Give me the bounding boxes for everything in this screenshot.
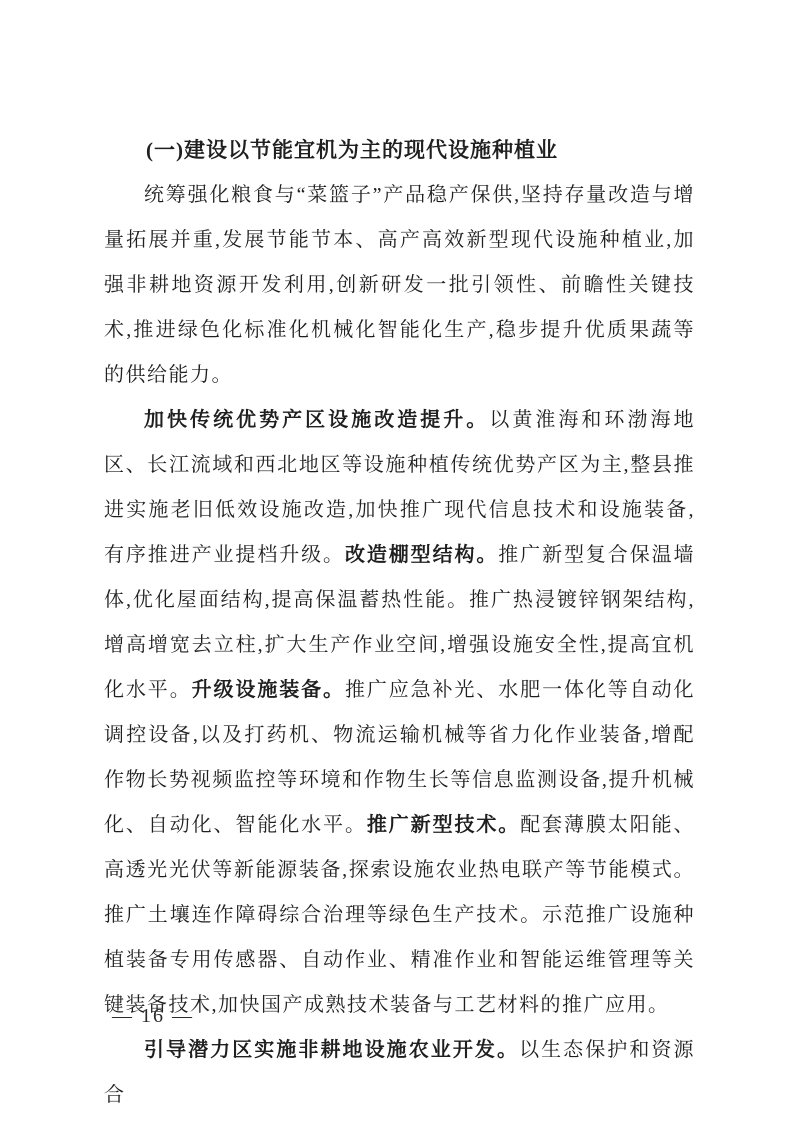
emphasis-text: 推广新型技术。 bbox=[367, 814, 520, 836]
body-text: 统筹强化粮食与“菜篮子”产品稳产保供,坚持存量改造与增量拓展并重,发展节能节本、… bbox=[104, 184, 695, 386]
emphasis-text: 引导潜力区实施非耕地设施农业开发。 bbox=[144, 1039, 519, 1061]
body-text: 推广新型复合保温墙体,优化屋面结构,提高保温蓄热性能。推广热浸镀锌钢架结构,增高… bbox=[104, 544, 695, 701]
paragraph: 引导潜力区实施非耕地设施农业开发。以生态保护和资源合 bbox=[104, 1028, 695, 1118]
document-content: (一)建设以节能宜机为主的现代设施种植业 统筹强化粮食与“菜篮子”产品稳产保供,… bbox=[104, 128, 695, 1118]
section-heading: (一)建设以节能宜机为主的现代设施种植业 bbox=[104, 128, 695, 173]
body-text: 推广应急补光、水肥一体化等自动化调控设备,以及打药机、物流运输机械等省力化作业装… bbox=[104, 679, 695, 836]
emphasis-text: 升级设施装备。 bbox=[192, 679, 345, 701]
document-body: 统筹强化粮食与“菜篮子”产品稳产保供,坚持存量改造与增量拓展并重,发展节能节本、… bbox=[104, 173, 695, 1118]
body-text: 以黄淮海和环渤海地区、长江流域和西北地区等设施种植传统优势产区为主,整县推进实施… bbox=[104, 409, 695, 566]
body-text: 配套薄膜太阳能、高透光光伏等新能源装备,探索设施农业热电联产等节能模式。推广土壤… bbox=[104, 814, 695, 1016]
emphasis-text: 加快传统优势产区设施改造提升。 bbox=[144, 409, 489, 431]
paragraph: 统筹强化粮食与“菜篮子”产品稳产保供,坚持存量改造与增量拓展并重,发展节能节本、… bbox=[104, 173, 695, 398]
paragraph: 加快传统优势产区设施改造提升。以黄淮海和环渤海地区、长江流域和西北地区等设施种植… bbox=[104, 398, 695, 1028]
emphasis-text: 改造棚型结构。 bbox=[345, 544, 498, 566]
document-page: (一)建设以节能宜机为主的现代设施种植业 统筹强化粮食与“菜篮子”产品稳产保供,… bbox=[0, 0, 794, 1123]
page-number: — 16 — bbox=[112, 1005, 194, 1028]
